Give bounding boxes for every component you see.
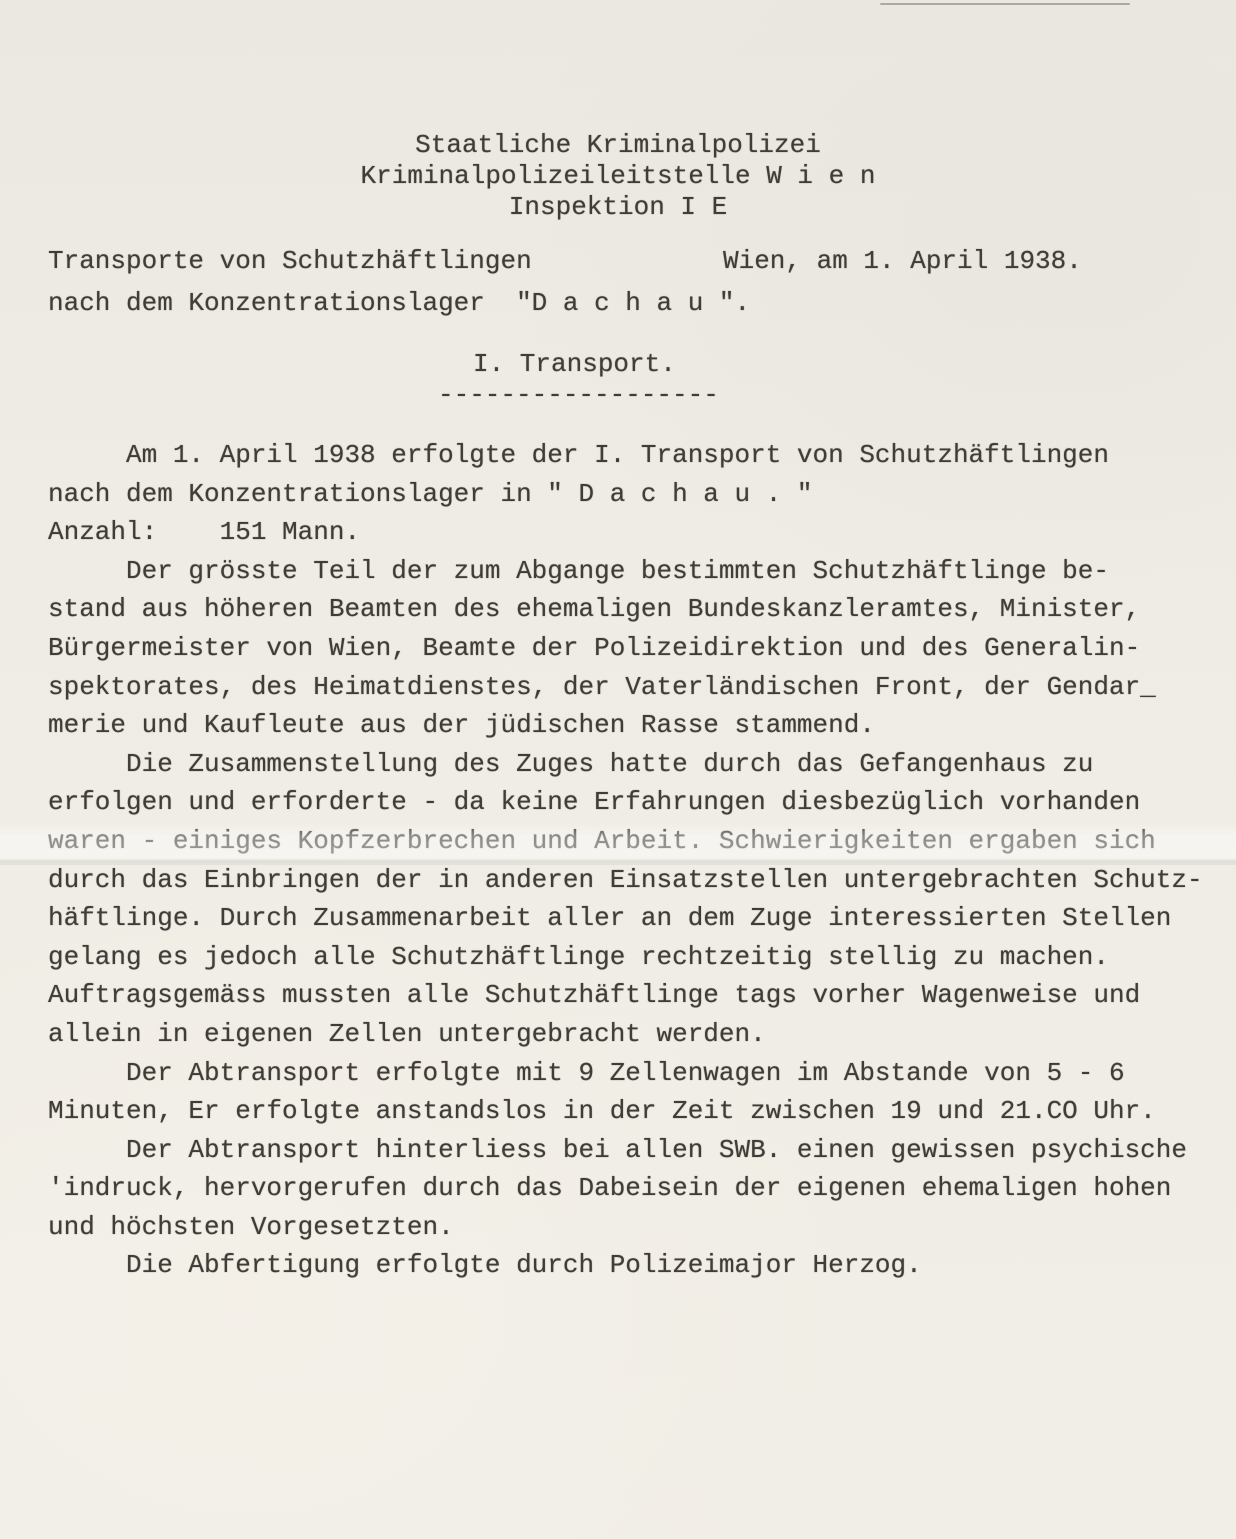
body-line: 'indruck, hervorgerufen durch das Dabeis… (48, 1169, 1228, 1208)
body-line: gelang es jedoch alle Schutzhäftlinge re… (48, 938, 1228, 977)
body-line: Bürgermeister von Wien, Beamte der Poliz… (48, 629, 1228, 668)
scanned-document-page: Staatliche Kriminalpolizei Kriminalpoliz… (0, 0, 1236, 1539)
body-line: Der Abtransport hinterliess bei allen SW… (48, 1131, 1228, 1170)
body-line: Der grösste Teil der zum Abgange bestimm… (48, 552, 1228, 591)
letterhead: Staatliche Kriminalpolizei Kriminalpoliz… (0, 130, 1236, 223)
body-line: häftlinge. Durch Zusammenarbeit aller an… (48, 899, 1228, 938)
body-line: merie und Kaufleute aus der jüdischen Ra… (48, 706, 1228, 745)
body-line: waren - einiges Kopfzerbrechen und Arbei… (48, 822, 1228, 861)
body-line: stand aus höheren Beamten des ehemaligen… (48, 590, 1228, 629)
body-line: spektorates, des Heimatdienstes, der Vat… (48, 668, 1228, 707)
body-line: durch das Einbringen der in anderen Eins… (48, 861, 1228, 900)
subject-line-1: Transporte von Schutzhäftlingen (48, 246, 532, 276)
body-line: Der Abtransport erfolgte mit 9 Zellenwag… (48, 1054, 1228, 1093)
body-line: allein in eigenen Zellen untergebracht w… (48, 1015, 1228, 1054)
reference-line-1: Transporte von Schutzhäftlingen Wien, am… (48, 240, 1220, 282)
place-date: Wien, am 1. April 1938. (723, 240, 1082, 282)
body-line: Anzahl: 151 Mann. (48, 513, 1228, 552)
body-line: Die Zusammenstellung des Zuges hatte dur… (48, 745, 1228, 784)
reference-block: Transporte von Schutzhäftlingen Wien, am… (48, 240, 1220, 324)
letterhead-office: Kriminalpolizeileitstelle W i e n (0, 161, 1236, 192)
body-text: Am 1. April 1938 erfolgte der I. Transpo… (48, 436, 1228, 1285)
letterhead-agency: Staatliche Kriminalpolizei (0, 130, 1236, 161)
body-line: erfolgen und erforderte - da keine Erfah… (48, 783, 1228, 822)
subject-line-2: nach dem Konzentrationslager "D a c h a … (48, 282, 1220, 324)
body-line: Die Abfertigung erfolgte durch Polizeima… (48, 1246, 1228, 1285)
body-line: nach dem Konzentrationslager in " D a c … (48, 475, 1228, 514)
section-heading: I. Transport. ------------------ (48, 349, 719, 411)
letterhead-inspection: Inspektion I E (0, 192, 1236, 223)
body-line: und höchsten Vorgesetzten. (48, 1208, 1228, 1247)
scan-artifact-streak (880, 3, 1130, 5)
section-underline: ------------------ (438, 380, 719, 411)
body-line: Am 1. April 1938 erfolgte der I. Transpo… (48, 436, 1228, 475)
body-line: Auftragsgemäss mussten alle Schutzhäftli… (48, 976, 1228, 1015)
section-title: I. Transport. (473, 349, 719, 380)
body-line: Minuten, Er erfolgte anstandslos in der … (48, 1092, 1228, 1131)
